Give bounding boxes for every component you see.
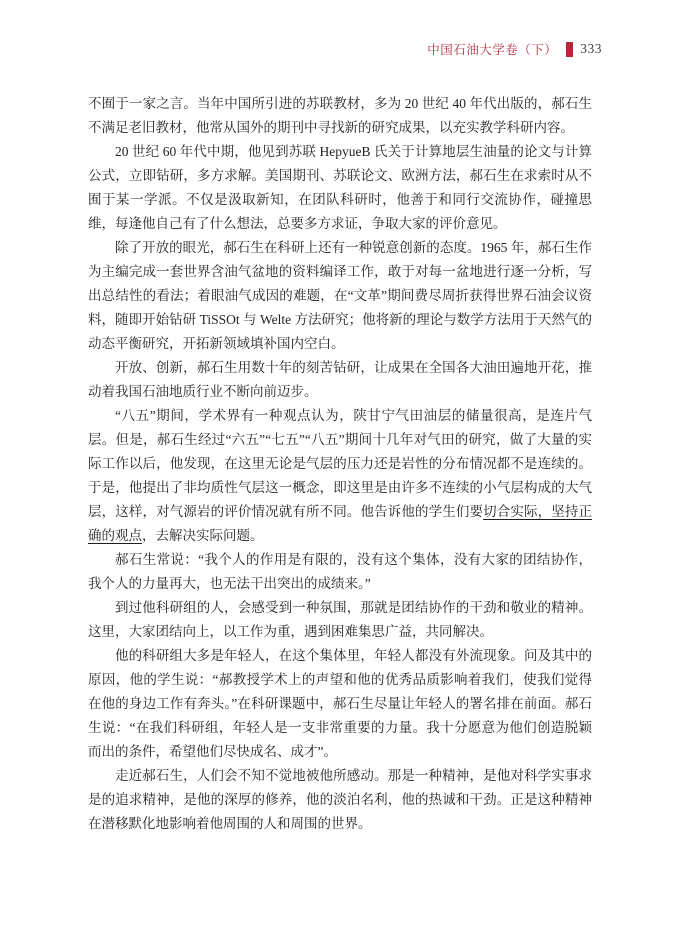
paragraph-4-text: 开放、创新，郝石生用数十年的刻苦钻研，让成果在全国各大油田遍地开花，推动着我国石… [88, 360, 592, 399]
paragraph-4: 开放、创新，郝石生用数十年的刻苦钻研，让成果在全国各大油田遍地开花，推动着我国石… [88, 356, 592, 404]
page-header: 中国石油大学卷（下） 333 [0, 0, 680, 58]
paragraph-1: 不囿于一家之言。当年中国所引进的苏联教材，多为 20 世纪 40 年代出版的，郝… [88, 92, 592, 140]
paragraph-1-text: 不囿于一家之言。当年中国所引进的苏联教材，多为 20 世纪 40 年代出版的，郝… [88, 96, 592, 135]
paragraph-5: “八五”期间，学术界有一种观点认为，陕甘宁气田油层的储量很高，是连片气层。但是，… [88, 404, 592, 548]
paragraph-2-text: 20 世纪 60 年代中期，他见到苏联 HepyueB 氏关于计算地层生油量的论… [88, 144, 592, 231]
paragraph-9-text: 走近郝石生，人们会不知不觉地被他所感动。那是一种精神，是他对科学实事求是的追求精… [88, 768, 592, 831]
paragraph-8: 他的科研组大多是年轻人，在这个集体里，年轻人都没有外流现象。问及其中的原因，他的… [88, 644, 592, 764]
paragraph-5-text: “八五”期间，学术界有一种观点认为，陕甘宁气田油层的储量很高，是连片气层。但是，… [88, 408, 592, 519]
paragraph-6: 郝石生常说：“我个人的作用是有限的，没有这个集体，没有大家的团结协作，我个人的力… [88, 548, 592, 596]
paragraph-8-text: 他的科研组大多是年轻人，在这个集体里，年轻人都没有外流现象。问及其中的原因，他的… [88, 648, 592, 759]
page-number: 333 [580, 41, 602, 57]
header-divider-bar-icon [566, 42, 573, 57]
paragraph-5-text-after: ，去解决实际问题。 [142, 528, 264, 543]
paragraph-6-text: 郝石生常说：“我个人的作用是有限的，没有这个集体，没有大家的团结协作，我个人的力… [88, 552, 592, 591]
paragraph-7-text: 到过他科研组的人，会感受到一种氛围，那就是团结协作的干劲和敬业的精神。这里，大家… [88, 600, 592, 639]
paragraph-9: 走近郝石生，人们会不知不觉地被他所感动。那是一种精神，是他对科学实事求是的追求精… [88, 764, 592, 836]
page-body: 不囿于一家之言。当年中国所引进的苏联教材，多为 20 世纪 40 年代出版的，郝… [88, 92, 592, 836]
paragraph-2: 20 世纪 60 年代中期，他见到苏联 HepyueB 氏关于计算地层生油量的论… [88, 140, 592, 236]
paragraph-3-text: 除了开放的眼光，郝石生在科研上还有一种锐意创新的态度。1965 年，郝石生作为主… [88, 240, 592, 351]
paragraph-3: 除了开放的眼光，郝石生在科研上还有一种锐意创新的态度。1965 年，郝石生作为主… [88, 236, 592, 356]
paragraph-7: 到过他科研组的人，会感受到一种氛围，那就是团结协作的干劲和敬业的精神。这里，大家… [88, 596, 592, 644]
book-page: 中国石油大学卷（下） 333 不囿于一家之言。当年中国所引进的苏联教材，多为 2… [0, 0, 680, 945]
running-head-title: 中国石油大学卷（下） [427, 40, 557, 58]
